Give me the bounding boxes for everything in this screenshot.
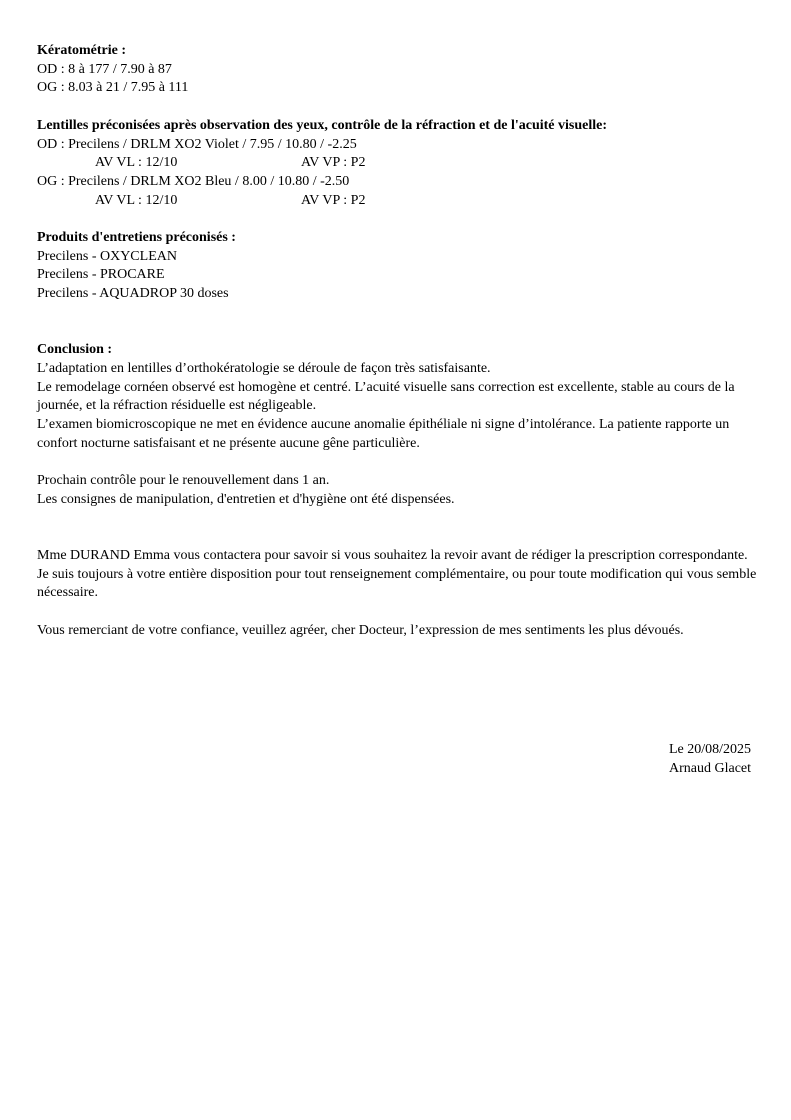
products-section: Produits d'entretiens préconisés : Preci… <box>37 229 757 304</box>
lens-og-acuity: AV VL : 12/10 AV VP : P2 <box>37 192 757 211</box>
lenses-heading: Lentilles préconisées après observation … <box>37 117 757 136</box>
od-av-vl: AV VL : 12/10 <box>95 154 177 173</box>
og-av-vp: AV VP : P2 <box>301 192 365 211</box>
closing-section: Mme DURAND Emma vous contactera pour sav… <box>37 547 757 641</box>
conclusion-paragraph: Le remodelage cornéen observé est homogè… <box>37 379 757 416</box>
follow-up-section: Prochain contrôle pour le renouvellement… <box>37 472 757 509</box>
product-item: Precilens - PROCARE <box>37 266 757 285</box>
keratometry-og: OG : 8.03 à 21 / 7.95 à 111 <box>37 79 757 98</box>
product-item: Precilens - AQUADROP 30 doses <box>37 285 757 304</box>
od-av-vp: AV VP : P2 <box>301 154 365 173</box>
signature-name: Arnaud Glacet <box>669 760 751 779</box>
keratometry-heading: Kératométrie : <box>37 42 757 61</box>
conclusion-heading: Conclusion : <box>37 341 757 360</box>
lens-og-line: OG : Precilens / DRLM XO2 Bleu / 8.00 / … <box>37 173 757 192</box>
conclusion-paragraph: L’adaptation en lentilles d’orthokératol… <box>37 360 757 379</box>
follow-up-line: Les consignes de manipulation, d'entreti… <box>37 491 757 510</box>
conclusion-paragraph: L’examen biomicroscopique ne met en évid… <box>37 416 757 453</box>
keratometry-od: OD : 8 à 177 / 7.90 à 87 <box>37 61 757 80</box>
follow-up-line: Prochain contrôle pour le renouvellement… <box>37 472 757 491</box>
og-av-vl: AV VL : 12/10 <box>95 192 177 211</box>
lens-od-line: OD : Precilens / DRLM XO2 Violet / 7.95 … <box>37 136 757 155</box>
lens-od-acuity: AV VL : 12/10 AV VP : P2 <box>37 154 757 173</box>
product-item: Precilens - OXYCLEAN <box>37 248 757 267</box>
products-heading: Produits d'entretiens préconisés : <box>37 229 757 248</box>
salutation-paragraph: Vous remerciant de votre confiance, veui… <box>37 622 757 641</box>
contact-paragraph: Mme DURAND Emma vous contactera pour sav… <box>37 547 757 566</box>
disposition-paragraph: Je suis toujours à votre entière disposi… <box>37 566 757 603</box>
conclusion-section: Conclusion : L’adaptation en lentilles d… <box>37 341 757 453</box>
keratometry-section: Kératométrie : OD : 8 à 177 / 7.90 à 87 … <box>37 42 757 98</box>
lenses-section: Lentilles préconisées après observation … <box>37 117 757 210</box>
signature-date: Le 20/08/2025 <box>669 741 751 760</box>
signature-block: Le 20/08/2025 Arnaud Glacet <box>669 741 751 778</box>
letter-body: Kératométrie : OD : 8 à 177 / 7.90 à 87 … <box>37 42 757 640</box>
